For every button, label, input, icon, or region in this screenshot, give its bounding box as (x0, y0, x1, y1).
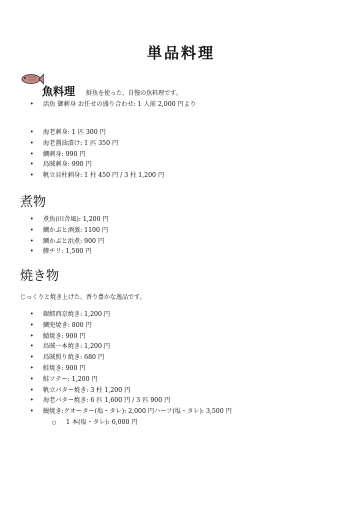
list-item: 海老刺身: 1 匹 300 円 (28, 128, 164, 139)
list-item: 鰻焼き:クオーター(塩・タレ): 2,000 円ハーフ(塩・タレ): 3,500… (28, 407, 232, 418)
list-item: 鯛かぶと酒蒸: 1100 円 (28, 226, 109, 237)
list-item: 海老醤油漬け: 1 匹 350 円 (28, 139, 164, 150)
fish-list-1: 活魚 御刺身 お任せの盛り合わせ: 1 人前 2,000 円より (28, 100, 196, 111)
list-item: 烏賊一本焼き: 1,200 円 (28, 342, 232, 353)
fish-section-heading: 魚料理 (42, 85, 75, 98)
list-item: 鯛兜焼き: 800 円 (28, 321, 232, 332)
yakimono-list: 銀鱈西京焼き: 1,200 円 鯛兜焼き: 800 円 鯖焼き: 900 円 烏… (28, 310, 232, 429)
list-item: 帆立貝柱刺身: 1 柱 450 円 / 3 柱 1,200 円 (28, 171, 164, 182)
sub-list-item: 1 本(塩・タレ): 6,000 円 (28, 418, 232, 429)
list-item: 銀鱈西京焼き: 1,200 円 (28, 310, 232, 321)
list-item: 帆立バター焼き: 3 柱 1,200 円 (28, 386, 232, 397)
list-item: 鮭焼き: 900 円 (28, 364, 232, 375)
fish-section-subtitle: 鮮魚を使った、自慢の魚料理です。 (86, 90, 182, 97)
list-item: 鯛かぶと浜煮: 900 円 (28, 237, 109, 248)
nimono-list: 煮魚(田舎風): 1,200 円 鯛かぶと酒蒸: 1100 円 鯛かぶと浜煮: … (28, 215, 109, 258)
fish-list-2: 海老刺身: 1 匹 300 円 海老醤油漬け: 1 匹 350 円 鯛刺身: 9… (28, 128, 164, 182)
fish-icon (20, 72, 44, 86)
list-item: 烏賊刺身: 990 円 (28, 160, 164, 171)
list-item: 鯵チリ: 1,500 円 (28, 247, 109, 258)
list-item: 煮魚(田舎風): 1,200 円 (28, 215, 109, 226)
yakimono-heading: 焼き物 (20, 265, 59, 284)
list-item: 海老バター焼き: 6 匹 1,600 円 / 3 匹 900 円 (28, 396, 232, 407)
page-title: 単品料理 (0, 42, 362, 63)
list-item: 鯛刺身: 990 円 (28, 150, 164, 161)
list-item: 鮭ソテー: 1,200 円 (28, 375, 232, 386)
list-item: 活魚 御刺身 お任せの盛り合わせ: 1 人前 2,000 円より (28, 100, 196, 111)
list-item: 烏賊照り焼き: 680 円 (28, 353, 232, 364)
nimono-heading: 煮物 (20, 191, 46, 210)
yakimono-description: じっくりと焼き上げた、香り豊かな逸品です。 (20, 292, 146, 301)
list-item: 鯖焼き: 900 円 (28, 332, 232, 343)
